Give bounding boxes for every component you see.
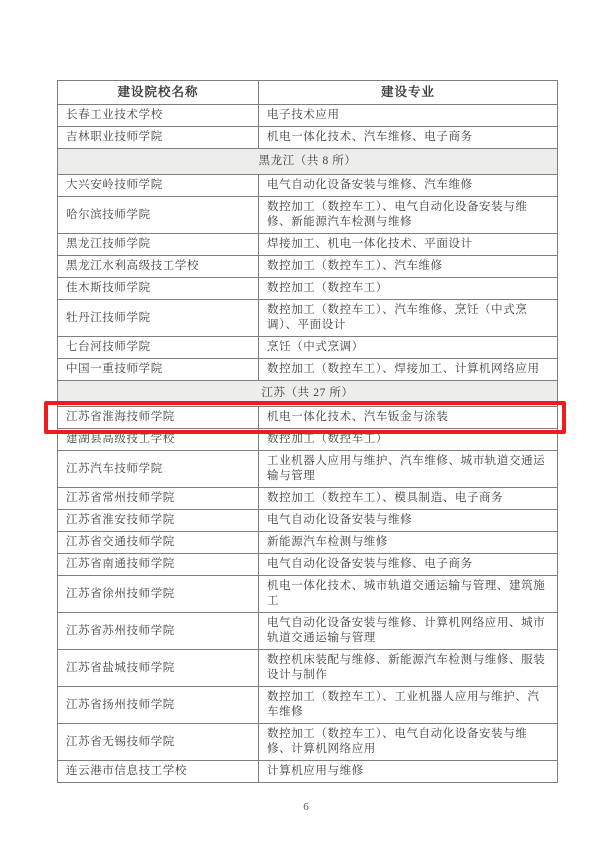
school-cell: 江苏省淮海技师学院 — [58, 407, 259, 429]
table-row: 大兴安岭技师学院电气自动化设备安装与维修、汽车维修 — [58, 175, 558, 197]
section-label: 黑龙江（共 8 所） — [58, 149, 558, 175]
school-cell: 江苏省苏州技师学院 — [58, 613, 259, 650]
majors-cell: 焊接加工、机电一体化技术、平面设计 — [259, 234, 558, 256]
majors-cell: 电气自动化设备安装与维修、汽车维修 — [259, 175, 558, 197]
table-row: 江苏省淮安技师学院电气自动化设备安装与维修 — [58, 510, 558, 532]
majors-cell: 计算机应用与维修 — [259, 761, 558, 783]
section-label: 江苏（共 27 所） — [58, 381, 558, 407]
majors-cell: 数控加工（数控车工） — [259, 278, 558, 300]
majors-cell: 新能源汽车检测与维修 — [259, 532, 558, 554]
table-row: 江苏省扬州技师学院数控加工（数控车工）、工业机器人应用与维护、汽车维修 — [58, 687, 558, 724]
school-cell: 江苏省盐城技师学院 — [58, 650, 259, 687]
majors-cell: 数控加工（数控车工）、焊接加工、计算机网络应用 — [259, 359, 558, 381]
majors-cell: 机电一体化技术、汽车维修、电子商务 — [259, 127, 558, 149]
school-cell: 大兴安岭技师学院 — [58, 175, 259, 197]
school-cell: 牡丹江技师学院 — [58, 300, 259, 337]
table-row: 江苏省无锡技师学院数控加工（数控车工）、电气自动化设备安装与维修、计算机网络应用 — [58, 724, 558, 761]
table-row: 吉林职业技师学院机电一体化技术、汽车维修、电子商务 — [58, 127, 558, 149]
school-cell: 佳木斯技师学院 — [58, 278, 259, 300]
table-row: 黑龙江水利高级技工学校数控加工（数控车工）、汽车维修 — [58, 256, 558, 278]
table-row: 七台河技师学院烹饪（中式烹调） — [58, 337, 558, 359]
majors-cell: 机电一体化技术、汽车钣金与涂装 — [259, 407, 558, 429]
majors-cell: 机电一体化技术、城市轨道交通运输与管理、建筑施工 — [259, 576, 558, 613]
table-row: 佳木斯技师学院数控加工（数控车工） — [58, 278, 558, 300]
majors-cell: 数控加工（数控车工）、汽车维修、烹饪（中式烹调）、平面设计 — [259, 300, 558, 337]
highlighted-row: 江苏省淮海技师学院机电一体化技术、汽车钣金与涂装 — [58, 407, 558, 429]
table-row: 江苏省交通技师学院新能源汽车检测与维修 — [58, 532, 558, 554]
majors-cell: 数控加工（数控车工）、汽车维修 — [259, 256, 558, 278]
table-row: 中国一重技师学院数控加工（数控车工）、焊接加工、计算机网络应用 — [58, 359, 558, 381]
school-cell: 七台河技师学院 — [58, 337, 259, 359]
school-cell: 江苏汽车技师学院 — [58, 451, 259, 488]
table-row: 黑龙江技师学院焊接加工、机电一体化技术、平面设计 — [58, 234, 558, 256]
school-cell: 黑龙江水利高级技工学校 — [58, 256, 259, 278]
majors-cell: 电气自动化设备安装与维修 — [259, 510, 558, 532]
school-cell: 江苏省常州技师学院 — [58, 488, 259, 510]
school-cell: 哈尔滨技师学院 — [58, 197, 259, 234]
school-cell: 江苏省南通技师学院 — [58, 554, 259, 576]
majors-cell: 数控加工（数控车工）、电气自动化设备安装与维修、计算机网络应用 — [259, 724, 558, 761]
majors-cell: 数控加工（数控车工）、工业机器人应用与维护、汽车维修 — [259, 687, 558, 724]
school-cell: 中国一重技师学院 — [58, 359, 259, 381]
majors-cell: 烹饪（中式烹调） — [259, 337, 558, 359]
school-cell: 建湖县高级技工学校 — [58, 429, 259, 451]
table-row: 长春工业技术学校电子技术应用 — [58, 105, 558, 127]
school-cell: 长春工业技术学校 — [58, 105, 259, 127]
table-row: 江苏省苏州技师学院电气自动化设备安装与维修、计算机网络应用、城市轨道交通运输与管… — [58, 613, 558, 650]
school-cell: 江苏省交通技师学院 — [58, 532, 259, 554]
majors-cell: 数控机床装配与维修、新能源汽车检测与维修、服装设计与制作 — [259, 650, 558, 687]
table-row: 哈尔滨技师学院数控加工（数控车工）、电气自动化设备安装与维修、新能源汽车检测与维… — [58, 197, 558, 234]
table-row: 江苏省常州技师学院数控加工（数控车工）、模具制造、电子商务 — [58, 488, 558, 510]
header-row: 建设院校名称 建设专业 — [58, 81, 558, 105]
col-header-majors: 建设专业 — [259, 81, 558, 105]
table-row: 江苏省徐州技师学院机电一体化技术、城市轨道交通运输与管理、建筑施工 — [58, 576, 558, 613]
section-row: 黑龙江（共 8 所） — [58, 149, 558, 175]
majors-cell: 电气自动化设备安装与维修、计算机网络应用、城市轨道交通运输与管理 — [259, 613, 558, 650]
school-cell: 连云港市信息技工学校 — [58, 761, 259, 783]
majors-cell: 工业机器人应用与维护、汽车维修、城市轨道交通运输与管理 — [259, 451, 558, 488]
table-body: 长春工业技术学校电子技术应用吉林职业技师学院机电一体化技术、汽车维修、电子商务黑… — [58, 105, 558, 783]
majors-cell: 电气自动化设备安装与维修、电子商务 — [259, 554, 558, 576]
majors-cell: 数控加工（数控车工）、模具制造、电子商务 — [259, 488, 558, 510]
school-cell: 江苏省徐州技师学院 — [58, 576, 259, 613]
table-row: 牡丹江技师学院数控加工（数控车工）、汽车维修、烹饪（中式烹调）、平面设计 — [58, 300, 558, 337]
school-cell: 江苏省淮安技师学院 — [58, 510, 259, 532]
table-row: 建湖县高级技工学校数控加工（数控车工） — [58, 429, 558, 451]
school-cell: 江苏省无锡技师学院 — [58, 724, 259, 761]
page-number: 6 — [0, 801, 612, 813]
col-header-school: 建设院校名称 — [58, 81, 259, 105]
majors-cell: 数控加工（数控车工）、电气自动化设备安装与维修、新能源汽车检测与维修 — [259, 197, 558, 234]
section-row: 江苏（共 27 所） — [58, 381, 558, 407]
school-cell: 吉林职业技师学院 — [58, 127, 259, 149]
majors-cell: 数控加工（数控车工） — [259, 429, 558, 451]
table-row: 连云港市信息技工学校计算机应用与维修 — [58, 761, 558, 783]
school-cell: 江苏省扬州技师学院 — [58, 687, 259, 724]
document-page: 建设院校名称 建设专业 长春工业技术学校电子技术应用吉林职业技师学院机电一体化技… — [0, 0, 612, 865]
table-row: 江苏汽车技师学院工业机器人应用与维护、汽车维修、城市轨道交通运输与管理 — [58, 451, 558, 488]
table-row: 江苏省南通技师学院电气自动化设备安装与维修、电子商务 — [58, 554, 558, 576]
schools-table: 建设院校名称 建设专业 长春工业技术学校电子技术应用吉林职业技师学院机电一体化技… — [57, 80, 558, 783]
table-row: 江苏省盐城技师学院数控机床装配与维修、新能源汽车检测与维修、服装设计与制作 — [58, 650, 558, 687]
majors-cell: 电子技术应用 — [259, 105, 558, 127]
school-cell: 黑龙江技师学院 — [58, 234, 259, 256]
